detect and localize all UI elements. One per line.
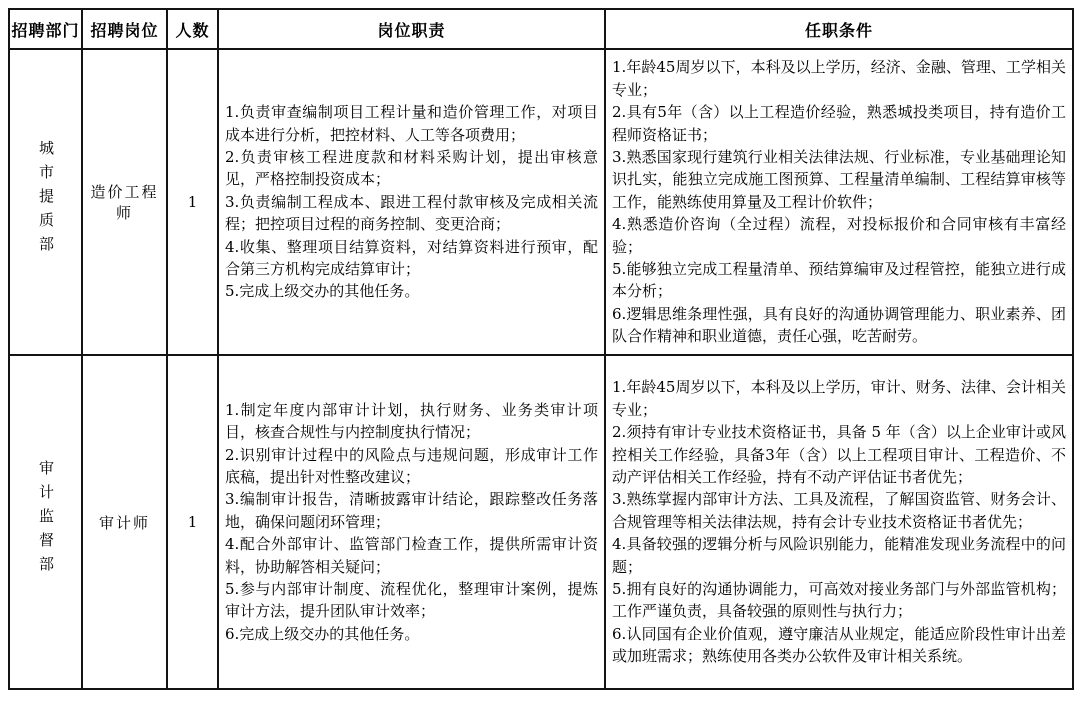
- text-line: 1.制定年度内部审计计划，执行财务、业务类审计项目，核查合规性与内控制度执行情况…: [225, 399, 598, 444]
- position-cell: 审计师: [82, 355, 167, 689]
- text-line: 4.具备较强的逻辑分析与风险识别能力，能精准发现业务流程中的问题；: [612, 533, 1066, 578]
- document-page: 招聘部门 招聘岗位 人数 岗位职责 任职条件 城市提质部 造价工程师 1 1.负…: [0, 0, 1080, 711]
- table-row: 审计监督部 审计师 1 1.制定年度内部审计计划，执行财务、业务类审计项目，核查…: [9, 355, 1073, 689]
- position-cell: 造价工程师: [82, 49, 167, 355]
- text-line: 2.具有5年（含）以上工程造价经验，熟悉城投类项目，持有造价工程师资格证书；: [612, 101, 1066, 146]
- text-line: 5.拥有良好的沟通协调能力，可高效对接业务部门与外部监管机构；工作严谨负责，具备…: [612, 578, 1066, 623]
- text-line: 6.完成上级交办的其他任务。: [225, 623, 598, 645]
- column-header-conditions: 任职条件: [605, 9, 1073, 49]
- text-line: 2.识别审计过程中的风险点与违规问题，形成审计工作底稿，提出针对性整改建议；: [225, 444, 598, 489]
- department-name: 审计监督部: [38, 460, 53, 580]
- text-line: 5.能够独立完成工程量清单、预结算编审及过程管控，能独立进行成本分析；: [612, 258, 1066, 303]
- duties-cell: 1.负责审查编制项目工程计量和造价管理工作，对项目成本进行分析，把控材料、人工等…: [218, 49, 605, 355]
- text-line: 3.编制审计报告，清晰披露审计结论，跟踪整改任务落地，确保问题闭环管理；: [225, 488, 598, 533]
- text-line: 4.熟悉造价咨询（全过程）流程，对投标报价和合同审核有丰富经验；: [612, 213, 1066, 258]
- text-line: 3.熟悉国家现行建筑行业相关法律法规、行业标准，专业基础理论知识扎实，能独立完成…: [612, 146, 1066, 213]
- text-line: 1.负责审查编制项目工程计量和造价管理工作，对项目成本进行分析，把控材料、人工等…: [225, 101, 598, 146]
- conditions-cell: 1.年龄45周岁以下，本科及以上学历，经济、金融、管理、工学相关专业；2.具有5…: [605, 49, 1073, 355]
- headcount-cell: 1: [167, 49, 218, 355]
- text-line: 1.年龄45周岁以下，本科及以上学历，经济、金融、管理、工学相关专业；: [612, 56, 1066, 101]
- headcount-cell: 1: [167, 355, 218, 689]
- text-line: 3.熟练掌握内部审计方法、工具及流程，了解国资监管、财务会计、合规管理等相关法律…: [612, 488, 1066, 533]
- department-cell: 城市提质部: [9, 49, 82, 355]
- column-header-headcount: 人数: [167, 9, 218, 49]
- text-line: 2.负责审核工程进度款和材料采购计划，提出审核意见，严格控制投资成本；: [225, 146, 598, 191]
- duties-cell: 1.制定年度内部审计计划，执行财务、业务类审计项目，核查合规性与内控制度执行情况…: [218, 355, 605, 689]
- text-line: 4.配合外部审计、监管部门检查工作，提供所需审计资料，协助解答相关疑问；: [225, 533, 598, 578]
- text-line: 5.完成上级交办的其他任务。: [225, 280, 598, 302]
- header-row: 招聘部门 招聘岗位 人数 岗位职责 任职条件: [9, 9, 1073, 49]
- table-row: 城市提质部 造价工程师 1 1.负责审查编制项目工程计量和造价管理工作，对项目成…: [9, 49, 1073, 355]
- department-cell: 审计监督部: [9, 355, 82, 689]
- column-header-position: 招聘岗位: [82, 9, 167, 49]
- text-line: 6.逻辑思维条理性强，具有良好的沟通协调管理能力、职业素养、团队合作精神和职业道…: [612, 303, 1066, 348]
- column-header-department: 招聘部门: [9, 9, 82, 49]
- text-line: 1.年龄45周岁以下，本科及以上学历，审计、财务、法律、会计相关专业；: [612, 376, 1066, 421]
- text-line: 5.参与内部审计制度、流程优化，整理审计案例，提炼审计方法，提升团队审计效率；: [225, 578, 598, 623]
- conditions-cell: 1.年龄45周岁以下，本科及以上学历，审计、财务、法律、会计相关专业；2.须持有…: [605, 355, 1073, 689]
- text-line: 3.负责编制工程成本、跟进工程付款审核及完成相关流程；把控项目过程的商务控制、变…: [225, 191, 598, 236]
- column-header-duties: 岗位职责: [218, 9, 605, 49]
- text-line: 2.须持有审计专业技术资格证书，具备 5 年（含）以上企业审计或风控相关工作经验…: [612, 421, 1066, 488]
- department-name: 城市提质部: [38, 140, 53, 260]
- recruitment-table: 招聘部门 招聘岗位 人数 岗位职责 任职条件 城市提质部 造价工程师 1 1.负…: [8, 8, 1074, 690]
- text-line: 4.收集、整理项目结算资料，对结算资料进行预审，配合第三方机构完成结算审计；: [225, 236, 598, 281]
- text-line: 6.认同国有企业价值观，遵守廉洁从业规定，能适应阶段性审计出差或加班需求；熟练使…: [612, 623, 1066, 668]
